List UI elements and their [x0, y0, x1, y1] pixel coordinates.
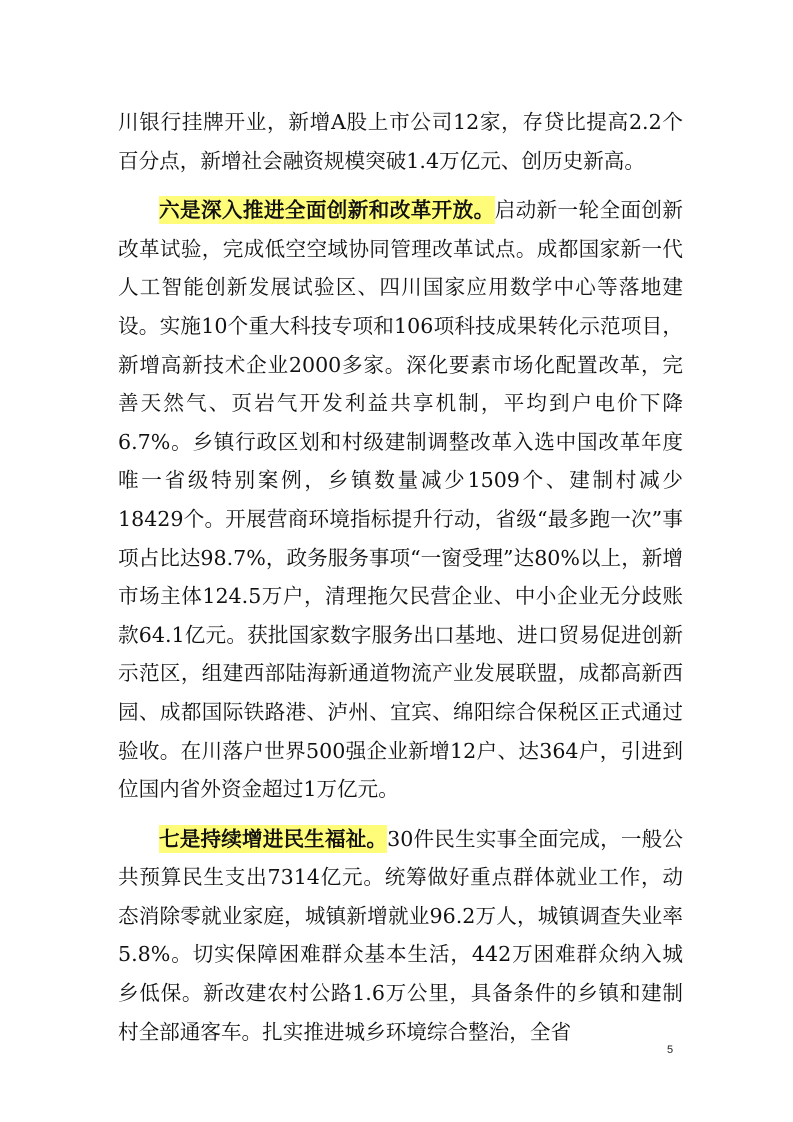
- paragraph-seven: 七是持续增进民生福祉。30件民生实事全面完成，一般公共预算民生支出7314亿元。…: [118, 820, 683, 1052]
- paragraph-six: 六是深入推进全面创新和改革开放。启动新一轮全面创新改革试验，完成低空空域协同管理…: [118, 191, 683, 809]
- paragraph-continuation: 川银行挂牌开业，新增A股上市公司12家，存贷比提高2.2个百分点，新增社会融资规…: [118, 103, 683, 180]
- highlighted-heading: 六是深入推进全面创新和改革开放。: [159, 196, 495, 224]
- paragraph-text: 川银行挂牌开业，新增A股上市公司12家，存贷比提高2.2个百分点，新增社会融资规…: [118, 110, 683, 173]
- highlighted-heading: 七是持续增进民生福祉。: [159, 825, 387, 853]
- paragraph-text: 启动新一轮全面创新改革试验，完成低空空域协同管理改革试点。成都国家新一代人工智能…: [118, 198, 683, 801]
- document-page: 川银行挂牌开业，新增A股上市公司12家，存贷比提高2.2个百分点，新增社会融资规…: [118, 103, 683, 1051]
- paragraph-text: 30件民生实事全面完成，一般公共预算民生支出7314亿元。统筹做好重点群体就业工…: [118, 827, 683, 1044]
- page-number: 5: [667, 1044, 673, 1056]
